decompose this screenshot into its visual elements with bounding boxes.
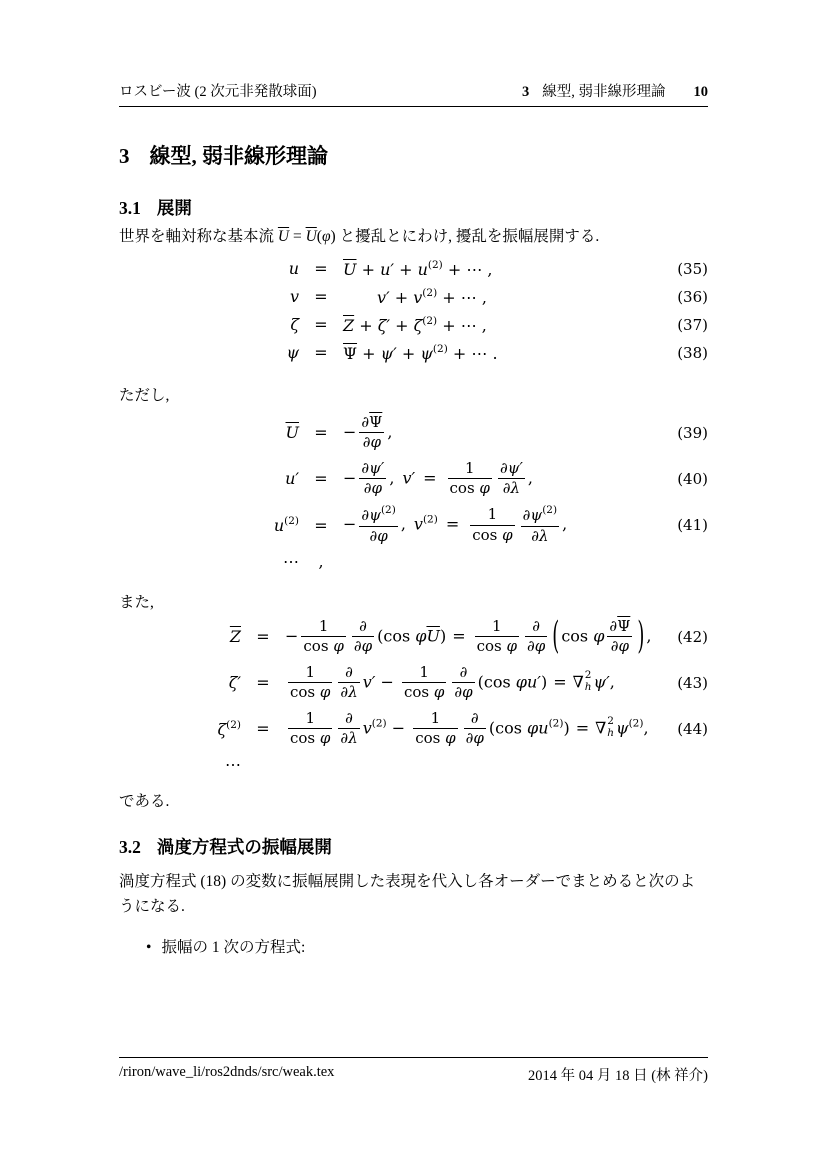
equation-rhs: −∂ψ′∂φ,v′=1cos φ∂ψ′∂λ, bbox=[343, 459, 658, 499]
math-text: = bbox=[289, 228, 306, 245]
fraction: ∂∂φ bbox=[525, 617, 547, 657]
math-var: φ bbox=[415, 626, 426, 645]
equation-rhs: −1cos φ∂∂φ(cos φU)=1cos φ∂∂φ(cos φ∂Ψ∂φ), bbox=[285, 617, 658, 657]
equals-sign: = bbox=[299, 516, 343, 535]
equation-lhs: ζ′ bbox=[119, 673, 241, 692]
math-var: v′ bbox=[363, 672, 376, 691]
equation-lhs: ⋯ bbox=[119, 755, 241, 774]
equation-number: (40) bbox=[658, 470, 708, 488]
equals-sign: = bbox=[241, 719, 285, 738]
header-right: 3 線型, 弱非線形理論 10 bbox=[522, 84, 708, 101]
math-text: cos bbox=[477, 637, 507, 655]
sup-sub-stack: 2h bbox=[585, 670, 592, 693]
math-text: ∂ bbox=[527, 637, 535, 655]
fraction: ∂Ψ∂φ bbox=[359, 413, 384, 453]
equals-sign: = bbox=[241, 627, 285, 646]
math-var: φ bbox=[322, 228, 331, 245]
math-text: (cos bbox=[377, 626, 415, 645]
math-text: ∂ bbox=[361, 413, 369, 431]
section-title: 線型, 弱非線形理論 bbox=[150, 144, 329, 168]
fraction: 1cos φ bbox=[475, 617, 519, 657]
equation-row: U=−∂Ψ∂φ,(39) bbox=[119, 412, 708, 453]
math-var: φ bbox=[507, 637, 518, 655]
math-text: , bbox=[401, 515, 406, 534]
math-var: φ bbox=[370, 433, 381, 451]
math-var: φ bbox=[445, 729, 456, 747]
equation-rhs: v′ + v(2) + ⋯ , bbox=[343, 287, 658, 307]
big-paren: ) bbox=[637, 614, 644, 658]
equation-number: (38) bbox=[658, 344, 708, 362]
document-page: ロスビー波 (2 次元非発散球面) 3 線型, 弱非線形理論 10 3線型, 弱… bbox=[0, 0, 826, 1169]
equation-rhs: −∂ψ(2)∂φ,v(2)=1cos φ∂ψ(2)∂λ, bbox=[343, 504, 658, 546]
math-var: φ bbox=[619, 637, 630, 655]
header-section-number: 3 bbox=[522, 84, 529, 101]
math-text: + ⋯ . bbox=[448, 344, 498, 363]
fraction: ∂ψ(2)∂λ bbox=[521, 504, 559, 546]
equation-lhs: u(2) bbox=[119, 515, 299, 535]
equation-row: u(2)=−∂ψ(2)∂φ,v(2)=1cos φ∂ψ(2)∂λ,(41) bbox=[119, 504, 708, 546]
math-text: , bbox=[528, 468, 533, 487]
math-text: cos bbox=[472, 526, 502, 544]
math-var: φu bbox=[527, 718, 549, 737]
math-text: ∂ bbox=[361, 506, 369, 524]
math-text: cos bbox=[290, 729, 320, 747]
text-tadashi: ただし, bbox=[119, 383, 169, 405]
math-sym-bar: Ψ bbox=[369, 413, 382, 431]
math-text: 1 bbox=[305, 709, 315, 727]
math-text: cos bbox=[561, 626, 593, 645]
math-superscript: (2) bbox=[422, 287, 437, 299]
fraction: ∂∂λ bbox=[338, 709, 359, 749]
math-var: v′ bbox=[377, 288, 390, 307]
math-text: cos bbox=[404, 683, 434, 701]
math-var: ψ′ bbox=[594, 672, 610, 691]
math-superscript: (2) bbox=[284, 515, 299, 527]
math-var-bar: U bbox=[343, 260, 356, 279]
math-var: φ bbox=[479, 479, 490, 497]
page-header: ロスビー波 (2 次元非発散球面) 3 線型, 弱非線形理論 10 bbox=[119, 84, 708, 101]
math-var: ζ bbox=[290, 315, 299, 334]
equation-lhs: ζ(2) bbox=[119, 719, 241, 739]
math-text: + bbox=[397, 344, 421, 363]
equation-lhs: v bbox=[119, 287, 299, 306]
equation-rhs: 1cos φ∂∂λv′ − 1cos φ∂∂φ(cos φu′)=∇2hψ′, bbox=[285, 663, 658, 703]
math-text: − bbox=[387, 718, 411, 737]
math-text: = bbox=[553, 672, 566, 691]
fraction: 1cos φ bbox=[402, 663, 446, 703]
math-var: ζ′ bbox=[378, 316, 390, 335]
equals-sign: = bbox=[299, 469, 343, 488]
math-text: = bbox=[446, 515, 459, 534]
equation-lhs: Z bbox=[119, 627, 241, 646]
fraction: ∂ψ(2)∂φ bbox=[359, 504, 397, 546]
list-item-label: 振幅の 1 次の方程式: bbox=[161, 939, 305, 956]
math-text: ∂ bbox=[361, 459, 369, 477]
subsection-heading-32: 3.2渦度方程式の振幅展開 bbox=[119, 834, 332, 859]
subsection-number: 3.1 bbox=[119, 198, 141, 218]
math-text: ∂ bbox=[611, 637, 619, 655]
math-text: ∂ bbox=[503, 479, 511, 497]
math-text: 1 bbox=[319, 617, 329, 635]
math-var: ψ′ bbox=[381, 344, 397, 363]
math-text: + bbox=[390, 288, 414, 307]
math-text: + ⋯ , bbox=[437, 288, 487, 307]
fraction: ∂ψ′∂φ bbox=[359, 459, 386, 499]
math-var-bar: Z bbox=[343, 316, 354, 335]
math-text: ⋯ bbox=[283, 552, 299, 571]
subsection-title: 展開 bbox=[157, 198, 192, 218]
math-text: , bbox=[646, 626, 651, 645]
equation-rhs: Z + ζ′ + ζ(2) + ⋯ , bbox=[343, 315, 658, 335]
math-var: φ bbox=[535, 637, 546, 655]
math-text: + bbox=[357, 344, 381, 363]
equation-lhs: ψ bbox=[119, 343, 299, 362]
math-text: + bbox=[354, 316, 378, 335]
math-text: ∇ bbox=[595, 718, 606, 737]
math-var: ψ bbox=[369, 506, 381, 524]
header-page-number: 10 bbox=[694, 84, 709, 101]
math-text: − bbox=[343, 468, 356, 487]
math-text: (cos bbox=[478, 672, 516, 691]
bullet-icon: • bbox=[146, 939, 151, 956]
math-superscript: (2) bbox=[428, 259, 443, 271]
math-text: − bbox=[285, 626, 298, 645]
math-text: , bbox=[562, 515, 567, 534]
math-superscript: (2) bbox=[542, 504, 557, 516]
math-var: v bbox=[413, 288, 422, 307]
math-text: ∂ bbox=[471, 709, 479, 727]
math-text: cos bbox=[290, 683, 320, 701]
math-var: u bbox=[274, 516, 284, 535]
math-var: φ bbox=[502, 526, 513, 544]
math-var: φ bbox=[333, 637, 344, 655]
math-var: ψ bbox=[530, 506, 542, 524]
math-text: , bbox=[643, 718, 648, 737]
fraction: ∂∂λ bbox=[338, 663, 359, 703]
math-text: 1 bbox=[488, 505, 498, 523]
math-text: ∂ bbox=[532, 617, 540, 635]
math-var: φ bbox=[320, 729, 331, 747]
math-var: u bbox=[418, 260, 428, 279]
equation-number: (37) bbox=[658, 316, 708, 334]
equation-row: ζ(2)=1cos φ∂∂λv(2) − 1cos φ∂∂φ(cos φu(2)… bbox=[119, 708, 708, 749]
equation-lhs: ⋯ bbox=[119, 552, 299, 571]
math-var: ψ bbox=[286, 343, 299, 362]
math-sym-bar: Ψ bbox=[617, 617, 630, 635]
math-var: ψ bbox=[616, 718, 629, 737]
equation-number: (43) bbox=[658, 674, 708, 692]
math-text: ) bbox=[541, 672, 547, 691]
math-text: ∂ bbox=[345, 663, 353, 681]
equation-block-vorticity: Z=−1cos φ∂∂φ(cos φU)=1cos φ∂∂φ(cos φ∂Ψ∂φ… bbox=[119, 616, 708, 776]
math-text: ∂ bbox=[354, 637, 362, 655]
fraction: 1cos φ bbox=[448, 459, 492, 499]
math-sym-bar: Ψ bbox=[343, 344, 357, 363]
fraction: ∂∂φ bbox=[352, 617, 374, 657]
equation-row: v=v′ + v(2) + ⋯ ,(36) bbox=[119, 286, 708, 307]
math-text: cos bbox=[450, 479, 480, 497]
math-text: − bbox=[343, 422, 356, 441]
fraction: ∂Ψ∂φ bbox=[607, 617, 632, 657]
math-text: cos bbox=[303, 637, 333, 655]
fraction: 1cos φ bbox=[301, 617, 345, 657]
equals-sign: = bbox=[299, 287, 343, 306]
math-text: + ⋯ , bbox=[443, 260, 493, 279]
equation-row: u=U + u′ + u(2) + ⋯ ,(35) bbox=[119, 258, 708, 279]
header-rule bbox=[119, 106, 708, 107]
math-var: λ bbox=[348, 683, 358, 701]
equation-row: ⋯, bbox=[119, 551, 708, 571]
equals-sign: = bbox=[299, 315, 343, 334]
equation-row: ζ′=1cos φ∂∂λv′ − 1cos φ∂∂φ(cos φu′)=∇2hψ… bbox=[119, 662, 708, 703]
math-var-bar: U bbox=[306, 228, 317, 245]
math-var: u bbox=[289, 259, 299, 278]
fraction: 1cos φ bbox=[470, 505, 514, 545]
equation-row: u′=−∂ψ′∂φ,v′=1cos φ∂ψ′∂λ,(40) bbox=[119, 458, 708, 499]
math-text: + ⋯ , bbox=[437, 316, 487, 335]
math-var: λ bbox=[511, 479, 521, 497]
equation-row: ζ=Z + ζ′ + ζ(2) + ⋯ ,(37) bbox=[119, 314, 708, 335]
math-var: v bbox=[414, 515, 423, 534]
math-var: ζ bbox=[414, 316, 423, 335]
paragraph-expansion-intro: 世界を軸対称な基本流 U = U(φ) と擾乱とにわけ, 擾乱を振幅展開する. bbox=[119, 224, 708, 249]
subsection-title: 渦度方程式の振幅展開 bbox=[157, 837, 332, 857]
fraction: 1cos φ bbox=[413, 709, 457, 749]
math-superscript: (2) bbox=[381, 504, 396, 516]
list-item: •振幅の 1 次の方程式: bbox=[146, 935, 305, 957]
math-text: ) bbox=[563, 718, 569, 737]
equation-number: (44) bbox=[658, 720, 708, 738]
fraction: 1cos φ bbox=[288, 663, 332, 703]
equation-block-series: u=U + u′ + u(2) + ⋯ ,(35)v=v′ + v(2) + ⋯… bbox=[119, 258, 708, 370]
math-var: φ bbox=[462, 683, 473, 701]
math-var: ψ′ bbox=[369, 459, 384, 477]
equation-rhs: U + u′ + u(2) + ⋯ , bbox=[343, 259, 658, 279]
math-superscript: (2) bbox=[423, 514, 438, 526]
math-var: φ bbox=[320, 683, 331, 701]
equation-block-velocities: U=−∂Ψ∂φ,(39)u′=−∂ψ′∂φ,v′=1cos φ∂ψ′∂λ,(40… bbox=[119, 412, 708, 573]
math-var: φ bbox=[473, 729, 484, 747]
math-text: cos bbox=[415, 729, 445, 747]
math-var: λ bbox=[539, 527, 549, 545]
math-var: φ bbox=[377, 527, 388, 545]
equation-lhs: ζ bbox=[119, 315, 299, 334]
section-number: 3 bbox=[119, 144, 130, 168]
math-var: φ bbox=[593, 626, 604, 645]
equation-row: ⋯ bbox=[119, 754, 708, 774]
math-var: φu′ bbox=[516, 672, 541, 691]
math-var: v bbox=[290, 287, 299, 306]
footer-date-author: 2014 年 04 月 18 日 (林 祥介) bbox=[528, 1064, 708, 1085]
math-text: ⋯ bbox=[225, 755, 241, 774]
big-paren: ( bbox=[552, 614, 559, 658]
equation-row: Z=−1cos φ∂∂φ(cos φU)=1cos φ∂∂φ(cos φ∂Ψ∂φ… bbox=[119, 616, 708, 657]
equation-row: ψ=Ψ + ψ′ + ψ(2) + ⋯ .(38) bbox=[119, 342, 708, 363]
math-text: , bbox=[389, 468, 394, 487]
math-var: φ bbox=[362, 637, 373, 655]
math-var: u′ bbox=[285, 469, 299, 488]
math-var-bar: U bbox=[286, 423, 299, 442]
equation-rhs: −∂Ψ∂φ, bbox=[343, 413, 658, 453]
math-text: = bbox=[576, 718, 589, 737]
equation-number: (36) bbox=[658, 288, 708, 306]
paragraph-vorticity-expansion: 渦度方程式 (18) の変数に振幅展開した表現を代入し各オーダーでまとめると次の… bbox=[119, 869, 708, 919]
math-text: ∂ bbox=[460, 663, 468, 681]
math-text: + bbox=[356, 260, 380, 279]
math-text: ∂ bbox=[359, 617, 367, 635]
section-heading: 3線型, 弱非線形理論 bbox=[119, 140, 328, 170]
math-text: + bbox=[390, 316, 414, 335]
math-var: φ bbox=[434, 683, 445, 701]
equation-number: (42) bbox=[658, 628, 708, 646]
equation-rhs: Ψ + ψ′ + ψ(2) + ⋯ . bbox=[343, 343, 658, 363]
math-superscript: (2) bbox=[549, 717, 564, 729]
fraction: ∂∂φ bbox=[452, 663, 474, 703]
math-var: ζ bbox=[217, 720, 226, 739]
header-document-title: ロスビー波 (2 次元非発散球面) bbox=[119, 84, 317, 101]
footer-file-path: /riron/wave_li/ros2dnds/src/weak.tex bbox=[119, 1064, 334, 1085]
math-var: φ bbox=[372, 479, 383, 497]
math-text: ∂ bbox=[500, 459, 508, 477]
math-text: ∂ bbox=[364, 479, 372, 497]
header-section-title: 線型, 弱非線形理論 bbox=[542, 84, 665, 101]
sup-sub-stack: 2h bbox=[607, 716, 614, 739]
math-text: = bbox=[452, 626, 465, 645]
math-var: ζ′ bbox=[229, 673, 241, 692]
math-var: v bbox=[363, 718, 372, 737]
math-superscript: (2) bbox=[433, 343, 448, 355]
math-var-bar: U bbox=[278, 228, 289, 245]
math-text: ) bbox=[440, 626, 446, 645]
math-text: 1 bbox=[419, 663, 429, 681]
math-text: 1 bbox=[492, 617, 502, 635]
math-superscript: (2) bbox=[629, 717, 644, 729]
equation-number: (41) bbox=[658, 516, 708, 534]
math-text: = bbox=[423, 468, 436, 487]
equals-sign: = bbox=[299, 259, 343, 278]
math-var: u′ bbox=[380, 260, 394, 279]
fraction: ∂∂φ bbox=[464, 709, 486, 749]
math-var: ψ bbox=[420, 344, 433, 363]
equals-sign: = bbox=[241, 673, 285, 692]
math-var: ψ′ bbox=[508, 459, 523, 477]
math-text: ∂ bbox=[454, 683, 462, 701]
equation-number: (35) bbox=[658, 260, 708, 278]
math-text: 1 bbox=[431, 709, 441, 727]
math-text: − bbox=[343, 515, 356, 534]
page-footer: /riron/wave_li/ros2dnds/src/weak.tex 201… bbox=[119, 1064, 708, 1085]
math-text: ∂ bbox=[531, 527, 539, 545]
footer-rule bbox=[119, 1057, 708, 1058]
math-text: ∂ bbox=[345, 709, 353, 727]
equation-lhs: u′ bbox=[119, 469, 299, 488]
math-text: − bbox=[375, 672, 399, 691]
text-mata: また, bbox=[119, 590, 154, 612]
math-superscript: (2) bbox=[422, 315, 437, 327]
equals-sign: = bbox=[299, 343, 343, 362]
math-text: + bbox=[394, 260, 418, 279]
subsection-number: 3.2 bbox=[119, 837, 141, 857]
math-text: , bbox=[387, 422, 392, 441]
equation-rhs: 1cos φ∂∂λv(2) − 1cos φ∂∂φ(cos φu(2))=∇2h… bbox=[285, 709, 658, 749]
text-dearu: である. bbox=[119, 789, 169, 811]
math-text: 1 bbox=[465, 459, 475, 477]
math-var-bar: Z bbox=[230, 627, 241, 646]
math-text: ) と擾乱とにわけ, 擾乱を振幅展開する. bbox=[331, 228, 600, 245]
equals-sign: , bbox=[299, 552, 343, 571]
equation-lhs: u bbox=[119, 259, 299, 278]
math-text: 1 bbox=[305, 663, 315, 681]
math-superscript: (2) bbox=[372, 717, 387, 729]
math-text: ∇ bbox=[573, 672, 584, 691]
math-superscript: (2) bbox=[226, 719, 241, 731]
equals-sign: = bbox=[299, 423, 343, 442]
math-text: (cos bbox=[489, 718, 527, 737]
fraction: ∂ψ′∂λ bbox=[498, 459, 525, 499]
subsection-heading-31: 3.1展開 bbox=[119, 195, 192, 220]
math-var-bar: U bbox=[426, 626, 439, 645]
math-text: 世界を軸対称な基本流 bbox=[119, 228, 278, 245]
math-var: λ bbox=[348, 729, 358, 747]
equation-lhs: U bbox=[119, 423, 299, 442]
fraction: 1cos φ bbox=[288, 709, 332, 749]
math-var: v′ bbox=[402, 468, 415, 487]
equation-number: (39) bbox=[658, 424, 708, 442]
math-text: , bbox=[610, 672, 615, 691]
